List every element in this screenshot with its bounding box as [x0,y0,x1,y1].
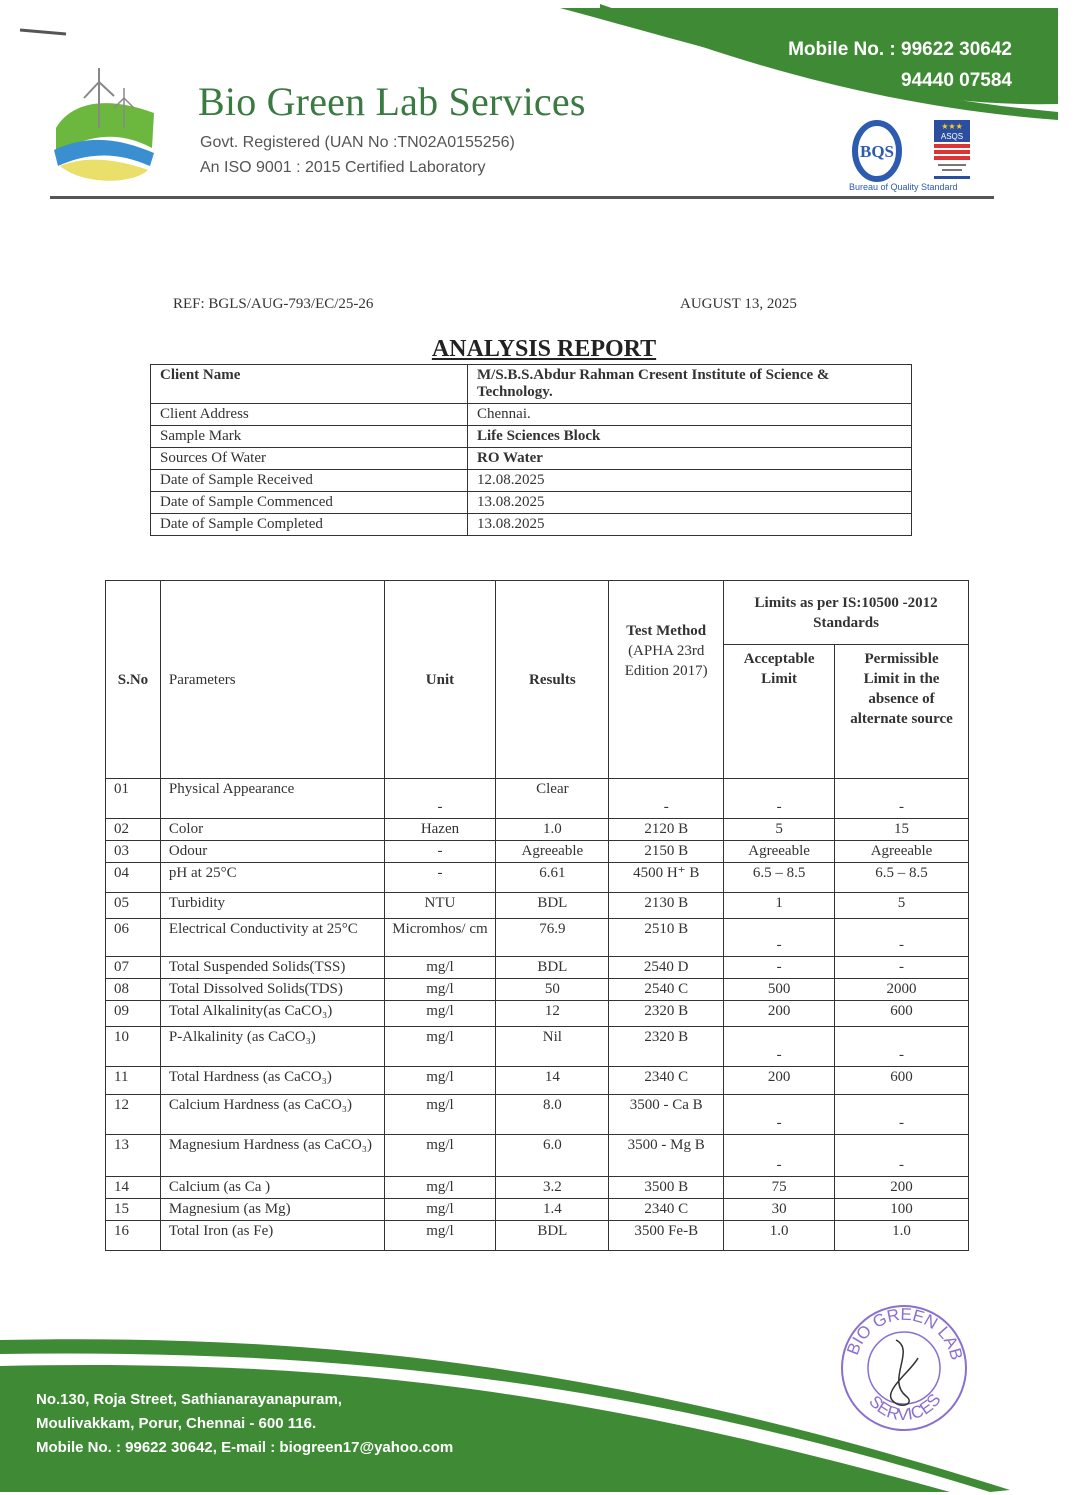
cell-acceptable: 500 [724,979,835,1001]
client-info-label: Date of Sample Commenced [151,492,468,514]
result-row: 05TurbidityNTUBDL2130 B15 [106,893,969,919]
header-unit: Unit [384,581,496,779]
cell-sno: 01 [106,779,161,819]
cell-result: Clear [496,779,609,819]
cell-method: 2120 B [609,819,724,841]
cell-permissible: 5 [835,893,969,919]
cell-permissible: 15 [835,819,969,841]
cell-unit: mg/l [384,1199,496,1221]
cell-permissible: - [835,1135,969,1177]
mobile-label: Mobile No. : [788,39,896,60]
cell-parameter: pH at 25°C [160,863,384,893]
cell-method: 2150 B [609,841,724,863]
result-row: 08Total Dissolved Solids(TDS)mg/l502540 … [106,979,969,1001]
cell-method: 2540 D [609,957,724,979]
cell-parameter: Total Dissolved Solids(TDS) [160,979,384,1001]
cell-unit: Hazen [384,819,496,841]
certification-text: An ISO 9001 : 2015 Certified Laboratory [200,159,486,177]
mobile-number-2: 94440 07584 [788,65,1012,96]
cell-unit: - [384,841,496,863]
client-info-label: Date of Sample Received [151,470,468,492]
cell-sno: 02 [106,819,161,841]
result-row: 07Total Suspended Solids(TSS)mg/lBDL2540… [106,957,969,979]
cell-permissible: 1.0 [835,1221,969,1251]
result-row: 11Total Hardness (as CaCO₃)mg/l142340 C2… [106,1067,969,1095]
report-date: AUGUST 13, 2025 [680,296,797,313]
svg-text:BIO GREEN LAB: BIO GREEN LAB [843,1305,966,1362]
cell-unit: mg/l [384,1177,496,1199]
cell-sno: 09 [106,1001,161,1027]
cell-method: 2540 C [609,979,724,1001]
cell-acceptable: - [724,957,835,979]
header-test-method: Test Method (APHA 23rd Edition 2017) [609,581,724,779]
cell-unit: NTU [384,893,496,919]
cell-result: BDL [496,893,609,919]
cell-parameter: Turbidity [160,893,384,919]
cell-method: 2340 C [609,1067,724,1095]
cell-sno: 08 [106,979,161,1001]
cell-unit: mg/l [384,979,496,1001]
cell-permissible: - [835,1027,969,1067]
cell-sno: 03 [106,841,161,863]
contact-line: Mobile No. : 99622 30642, E-mail : biogr… [36,1436,453,1460]
client-info-value: RO Water [468,448,912,470]
client-info-label: Sources Of Water [151,448,468,470]
cell-acceptable: 1.0 [724,1221,835,1251]
cell-acceptable: - [724,779,835,819]
cell-parameter: Magnesium (as Mg) [160,1199,384,1221]
address-line-2: Moulivakkam, Porur, Chennai - 600 116. [36,1412,453,1436]
result-row: 13Magnesium Hardness (as CaCO₃)mg/l6.035… [106,1135,969,1177]
cell-result: 1.0 [496,819,609,841]
cell-acceptable: 6.5 – 8.5 [724,863,835,893]
address-line-1: No.130, Roja Street, Sathianarayanapuram… [36,1388,453,1412]
client-info-row: Date of Sample Received12.08.2025 [151,470,912,492]
cell-sno: 15 [106,1199,161,1221]
cell-acceptable: 5 [724,819,835,841]
cell-result: 8.0 [496,1095,609,1135]
cell-unit: mg/l [384,1221,496,1251]
bqs-logo-icon: BQS [844,120,910,182]
cell-result: 3.2 [496,1177,609,1199]
registration-text: Govt. Registered (UAN No :TN02A0155256) [200,134,515,152]
cell-parameter: Calcium Hardness (as CaCO₃) [160,1095,384,1135]
letterhead-header: Bio Green Lab Services Govt. Registered … [0,0,1088,210]
result-row: 02ColorHazen1.02120 B515 [106,819,969,841]
header-acceptable-limit: Acceptable Limit [724,645,835,779]
analysis-results-table: S.No Parameters Unit Results Test Method… [105,580,969,1251]
result-row: 12Calcium Hardness (as CaCO₃)mg/l8.03500… [106,1095,969,1135]
client-info-value: 13.08.2025 [468,514,912,536]
cell-permissible: - [835,1095,969,1135]
client-info-value: Life Sciences Block [468,426,912,448]
cell-sno: 12 [106,1095,161,1135]
client-info-row: Date of Sample Completed13.08.2025 [151,514,912,536]
cell-unit: mg/l [384,1067,496,1095]
header-mobile-numbers: Mobile No. : 99622 30642 94440 07584 [788,34,1012,96]
cell-acceptable: 30 [724,1199,835,1221]
cell-sno: 13 [106,1135,161,1177]
cell-parameter: Physical Appearance [160,779,384,819]
cell-parameter: Calcium (as Ca ) [160,1177,384,1199]
cell-unit: - [384,863,496,893]
client-info-row: Date of Sample Commenced13.08.2025 [151,492,912,514]
report-reference: REF: BGLS/AUG-793/EC/25-26 [173,296,373,313]
cell-unit: mg/l [384,1027,496,1067]
result-row: 03Odour-Agreeable2150 BAgreeableAgreeabl… [106,841,969,863]
cell-parameter: Total Suspended Solids(TSS) [160,957,384,979]
cell-parameter: P-Alkalinity (as CaCO₃) [160,1027,384,1067]
client-info-label: Client Address [151,404,468,426]
cell-permissible: - [835,779,969,819]
cell-sno: 06 [106,919,161,957]
cell-acceptable: - [724,1027,835,1067]
client-info-value: Chennai. [468,404,912,426]
client-info-label: Client Name [151,365,468,404]
cell-result: 6.0 [496,1135,609,1177]
header-test-method-sub: (APHA 23rd Edition 2017) [610,641,722,681]
result-row: 09Total Alkalinity(as CaCO₃)mg/l122320 B… [106,1001,969,1027]
header-permissible-limit: Permissible Limit in the absence of alte… [835,645,969,779]
cell-sno: 14 [106,1177,161,1199]
cell-unit: mg/l [384,1095,496,1135]
cell-acceptable: 200 [724,1067,835,1095]
cell-result: Nil [496,1027,609,1067]
cell-method: 2320 B [609,1027,724,1067]
cell-acceptable: Agreeable [724,841,835,863]
result-row: 01Physical Appearance-Clear--- [106,779,969,819]
mobile-number-1: 99622 30642 [901,39,1012,60]
client-info-row: Client AddressChennai. [151,404,912,426]
cell-result: 6.61 [496,863,609,893]
cell-permissible: 2000 [835,979,969,1001]
client-info-value: 12.08.2025 [468,470,912,492]
svg-text:ASQS: ASQS [941,132,963,141]
company-name: Bio Green Lab Services [198,78,586,125]
client-info-label: Sample Mark [151,426,468,448]
client-info-value: 13.08.2025 [468,492,912,514]
client-info-row: Sources Of WaterRO Water [151,448,912,470]
company-logo-icon [44,58,164,188]
cell-result: BDL [496,1221,609,1251]
result-row: 04pH at 25°C-6.614500 H⁺ B6.5 – 8.56.5 –… [106,863,969,893]
cell-sno: 10 [106,1027,161,1067]
cell-result: BDL [496,957,609,979]
client-info-label: Date of Sample Completed [151,514,468,536]
cell-parameter: Total Alkalinity(as CaCO₃) [160,1001,384,1027]
cell-sno: 16 [106,1221,161,1251]
cell-parameter: Magnesium Hardness (as CaCO₃) [160,1135,384,1177]
cell-sno: 04 [106,863,161,893]
footer-address: No.130, Roja Street, Sathianarayanapuram… [36,1388,453,1460]
cell-sno: 11 [106,1067,161,1095]
cell-result: Agreeable [496,841,609,863]
cell-permissible: 600 [835,1067,969,1095]
cell-permissible: 600 [835,1001,969,1027]
cell-method: 2130 B [609,893,724,919]
header-sno: S.No [106,581,161,779]
cell-method: 3500 - Mg B [609,1135,724,1177]
client-info-row: Client NameM/S.B.S.Abdur Rahman Cresent … [151,365,912,404]
result-row: 14Calcium (as Ca )mg/l3.23500 B75200 [106,1177,969,1199]
cell-parameter: Color [160,819,384,841]
cell-parameter: Total Iron (as Fe) [160,1221,384,1251]
cell-method: 4500 H⁺ B [609,863,724,893]
cell-unit: mg/l [384,1135,496,1177]
asqs-badge-icon: ★★★ ASQS [934,120,970,182]
result-row: 06Electrical Conductivity at 25°CMicromh… [106,919,969,957]
cell-acceptable: 1 [724,893,835,919]
result-row: 15Magnesium (as Mg)mg/l1.42340 C30100 [106,1199,969,1221]
cell-acceptable: - [724,1135,835,1177]
result-row: 10P-Alkalinity (as CaCO₃)mg/lNil2320 B-- [106,1027,969,1067]
cell-result: 76.9 [496,919,609,957]
cell-permissible: - [835,919,969,957]
cell-result: 14 [496,1067,609,1095]
cell-acceptable: - [724,1095,835,1135]
cell-permissible: 6.5 – 8.5 [835,863,969,893]
cell-permissible: 100 [835,1199,969,1221]
header-divider [50,196,994,199]
result-row: 16Total Iron (as Fe)mg/lBDL3500 Fe-B1.01… [106,1221,969,1251]
cell-unit: - [384,779,496,819]
cell-method: 3500 B [609,1177,724,1199]
cell-method: 2340 C [609,1199,724,1221]
cell-permissible: - [835,957,969,979]
cell-permissible: Agreeable [835,841,969,863]
svg-text:★★★: ★★★ [941,122,963,131]
cell-parameter: Electrical Conductivity at 25°C [160,919,384,957]
lab-seal-stamp-icon: BIO GREEN LAB SERVICES [836,1300,972,1436]
cell-result: 50 [496,979,609,1001]
cell-unit: mg/l [384,1001,496,1027]
client-info-table: Client NameM/S.B.S.Abdur Rahman Cresent … [150,364,912,536]
cell-unit: mg/l [384,957,496,979]
cell-method: - [609,779,724,819]
cell-permissible: 200 [835,1177,969,1199]
cell-unit: Micromhos/ cm [384,919,496,957]
cell-parameter: Odour [160,841,384,863]
header-parameters: Parameters [160,581,384,779]
cell-parameter: Total Hardness (as CaCO₃) [160,1067,384,1095]
cell-acceptable: 200 [724,1001,835,1027]
cell-result: 12 [496,1001,609,1027]
cell-result: 1.4 [496,1199,609,1221]
report-title: ANALYSIS REPORT [0,336,1088,363]
cell-method: 2510 B [609,919,724,957]
header-limits-group: Limits as per IS:10500 -2012 Standards [724,581,969,645]
cell-acceptable: 75 [724,1177,835,1199]
cell-method: 2320 B [609,1001,724,1027]
cell-acceptable: - [724,919,835,957]
cell-sno: 05 [106,893,161,919]
cell-method: 3500 Fe-B [609,1221,724,1251]
cell-sno: 07 [106,957,161,979]
header-results: Results [496,581,609,779]
client-info-row: Sample MarkLife Sciences Block [151,426,912,448]
svg-text:BQS: BQS [860,142,894,161]
client-info-value: M/S.B.S.Abdur Rahman Cresent Institute o… [468,365,912,404]
bqs-caption: Bureau of Quality Standard [849,182,958,192]
cell-method: 3500 - Ca B [609,1095,724,1135]
